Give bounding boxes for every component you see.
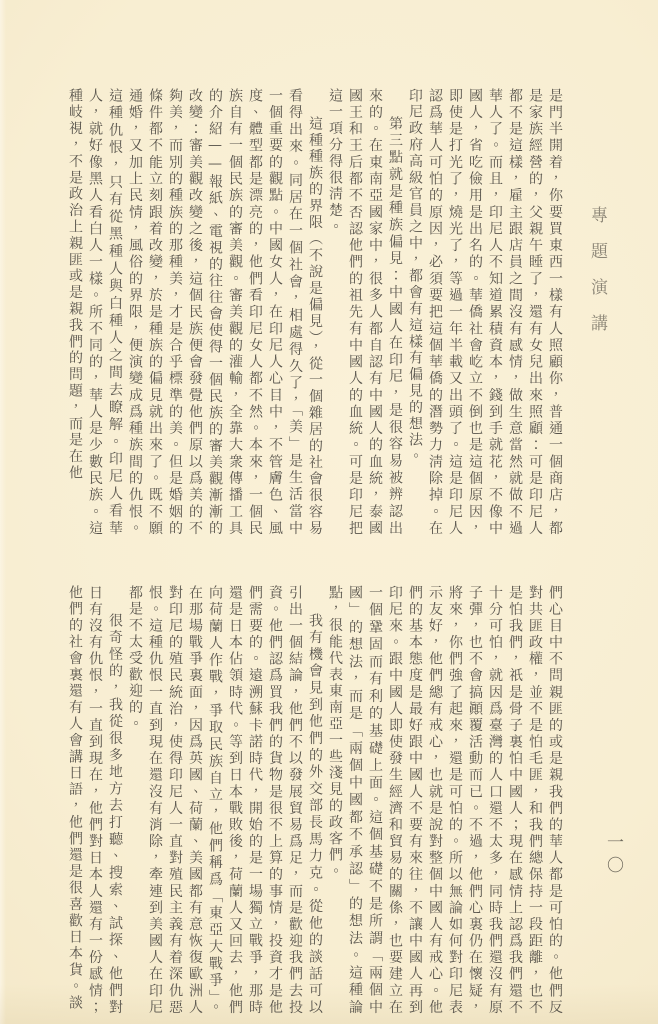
paragraph: 很奇怪的，我從很多地方去打聽、搜索、試探、他們對日有沒有仇恨，一直到現在，他們對… [65, 585, 125, 1016]
upper-text-block: 是門半開着，你要買東西一樣有人照顧你，普通一個商店，都是家族經營的，父親午睡了，… [57, 88, 565, 537]
paragraph: 這種種族的界限（不說是偏見），從一個雜居的社會很容易看得出來。同居在一個社會，相… [65, 88, 325, 537]
page-number: 一〇 [601, 833, 626, 879]
margin-running-head: 專題演講 [585, 206, 610, 350]
lower-text-block: 們心目中不問親匪的或是親我們的華人都是可怕的。他們反對共匪政權，並不是怕毛匪，和… [57, 585, 565, 1016]
paragraph: 我有機會見到他們的外交部長馬力克。從他的談話可以引出一個結論，他們不以發展貿易爲… [125, 585, 325, 1016]
paragraph-continuation: 們心目中不問親匪的或是親我們的華人都是可怕的。他們反對共匪政權，並不是怕毛匪，和… [325, 585, 565, 1016]
scanned-document-page: { "doc": { "margin_header": "專題演講", "pag… [0, 0, 658, 1024]
scan-edge-highlight [0, 0, 6, 1024]
paragraph: 第三點就是種族偏見：中國人在印尼，是很容易被辨認出來的。在東南亞國家中，很多人都… [325, 88, 405, 537]
paragraph-continuation: 是門半開着，你要買東西一樣有人照顧你，普通一個商店，都是家族經營的，父親午睡了，… [405, 88, 565, 537]
